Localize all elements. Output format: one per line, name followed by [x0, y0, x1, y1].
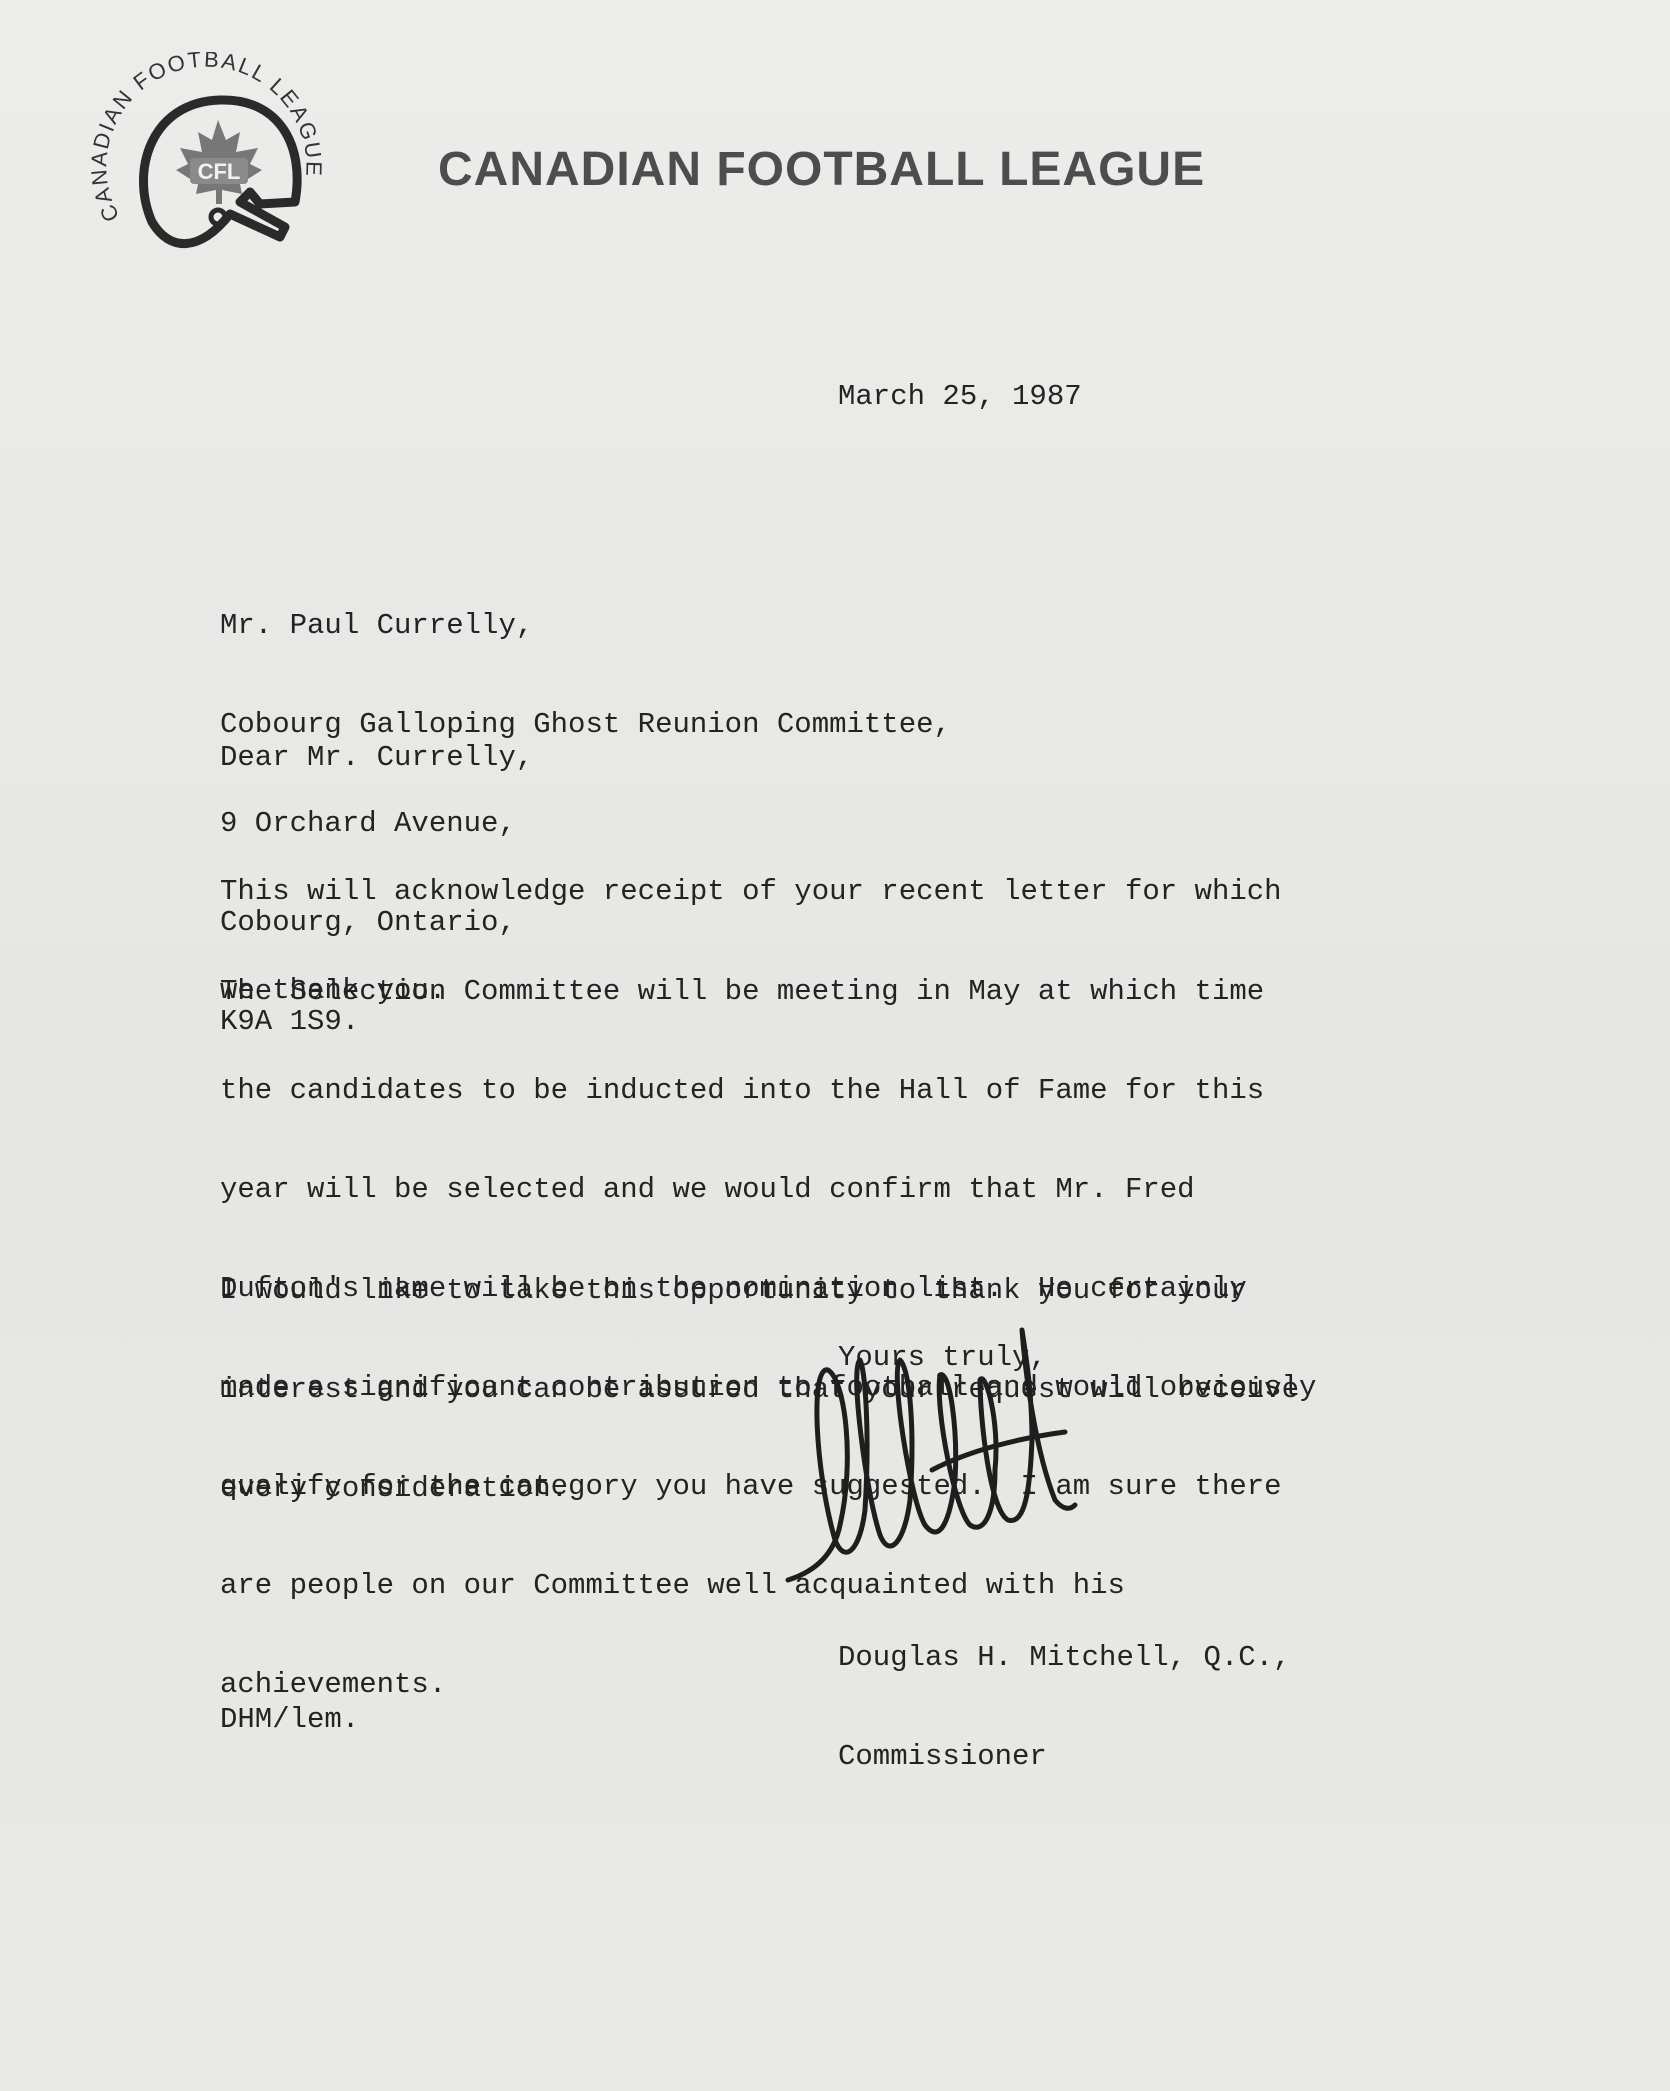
cfl-logo-icon: CANADIAN FOOTBALL LEAGUE CFL	[90, 52, 350, 272]
reference-initials: DHM/lem.	[220, 1703, 359, 1736]
recipient-name: Mr. Paul Currelly,	[220, 609, 951, 642]
signer-name: Douglas H. Mitchell, Q.C.,	[838, 1641, 1290, 1674]
paragraph-line: the candidates to be inducted into the H…	[220, 1074, 1316, 1107]
letter-date: March 25, 1987	[838, 380, 1082, 413]
paragraph-line: This will acknowledge receipt of your re…	[220, 875, 1282, 908]
recipient-organization: Cobourg Galloping Ghost Reunion Committe…	[220, 708, 951, 741]
signer-block: Douglas H. Mitchell, Q.C., Commissioner	[838, 1575, 1290, 1839]
signature-icon	[780, 1310, 1160, 1600]
paragraph-line: year will be selected and we would confi…	[220, 1173, 1316, 1206]
letterhead-title: CANADIAN FOOTBALL LEAGUE	[438, 142, 1205, 197]
paragraph-line: I would like to take this opportunity to…	[220, 1274, 1299, 1307]
paragraph-line: The Selection Committee will be meeting …	[220, 975, 1316, 1008]
logo-badge-text: CFL	[198, 159, 241, 184]
signer-title: Commissioner	[838, 1740, 1290, 1773]
salutation: Dear Mr. Currelly,	[220, 741, 533, 774]
letter-page: CANADIAN FOOTBALL LEAGUE CFL CANADIAN FO…	[0, 0, 1670, 2091]
